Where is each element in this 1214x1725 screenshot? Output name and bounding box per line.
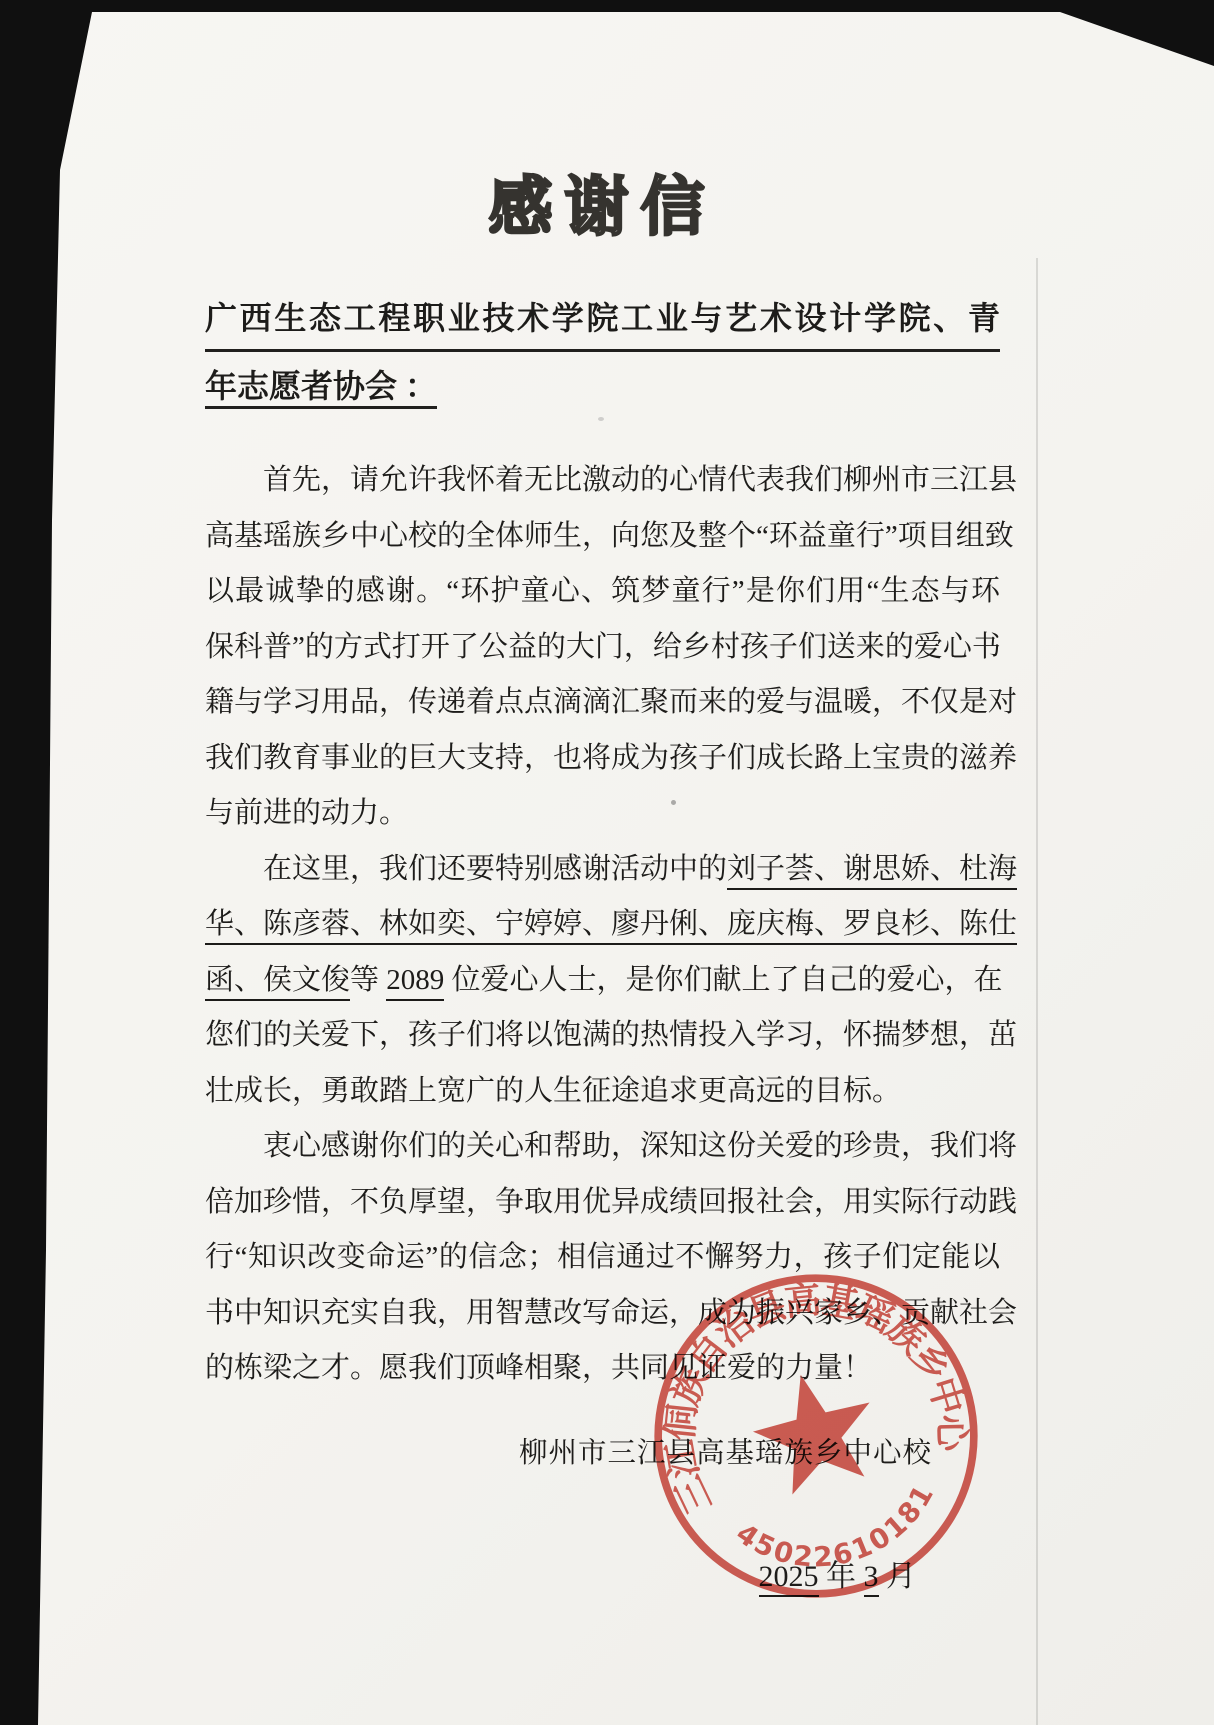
body-line: 衷心感谢你们的关心和帮助，深知这份关爱的珍贵，我们将 (205, 1119, 1000, 1175)
text-segment: 在这里，我们还要特别感谢活动中的 (263, 853, 727, 885)
body-line: 壮成长，勇敢踏上宽广的人生征途追求更高远的目标。 (205, 1064, 1000, 1120)
text-segment: 与前进的动力。 (205, 797, 408, 829)
svg-text:45022610181: 45022610181 (725, 1471, 952, 1596)
body-line: 与前进的动力。 (205, 786, 1000, 842)
text-segment: 衷心感谢你们的关心和帮助，深知这份关爱的珍贵，我们将 (263, 1130, 1017, 1162)
body-line: 函、侯文俊等 2089 位爱心人士，是你们献上了自己的爱心，在 (205, 953, 1000, 1009)
text-segment: 首先，请允许我怀着无比激动的心情代表我们柳州市三江县 (263, 464, 1017, 496)
underlined-text: 函、侯文俊 (205, 964, 350, 1001)
body-line: 华、陈彦蓉、林如奕、宁婷婷、廖丹俐、庞庆梅、罗良杉、陈仕 (205, 897, 1000, 953)
scan-crease-line (1036, 258, 1038, 1725)
recipient-line-1: 广西生态工程职业技术学院工业与艺术设计学院、青 (205, 290, 1000, 352)
recipient-line-2: 年志愿者协会 ： (205, 358, 1000, 415)
body-line: 我们教育事业的巨大支持，也将成为孩子们成长路上宝贵的滋养 (205, 731, 1000, 787)
letter-title: 感谢信 (205, 168, 1000, 248)
text-segment: 以最诚挚的感谢。“环护童心、筑梦童行”是你们用“生态与环 (205, 575, 1000, 607)
body-line: 保科普”的方式打开了公益的大门，给乡村孩子们送来的爱心书 (205, 620, 1000, 676)
text-segment: 保科普”的方式打开了公益的大门，给乡村孩子们送来的爱心书 (205, 631, 1001, 663)
text-segment: 位爱心人士，是你们献上了自己的爱心，在 (444, 964, 1002, 996)
underlined-text: 刘子荟、谢思娇、杜海 (727, 853, 1017, 890)
body-line: 您们的关爱下，孩子们将以饱满的热情投入学习，怀揣梦想，茁 (205, 1008, 1000, 1064)
recipient-block: 广西生态工程职业技术学院工业与艺术设计学院、青 年志愿者协会 ： (205, 290, 1000, 415)
text-segment: 倍加珍惜，不负厚望，争取用优异成绩回报社会，用实际行动践 (205, 1186, 1017, 1218)
body-line: 以最诚挚的感谢。“环护童心、筑梦童行”是你们用“生态与环 (205, 564, 1000, 620)
underlined-text: 华、陈彦蓉、林如奕、宁婷婷、廖丹俐、庞庆梅、罗良杉、陈仕 (205, 908, 1017, 945)
text-segment: 壮成长，勇敢踏上宽广的人生征途追求更高远的目标。 (205, 1075, 901, 1107)
body-line: 高基瑶族乡中心校的全体师生，向您及整个“环益童行”项目组致 (205, 509, 1000, 565)
body-line: 倍加珍惜，不负厚望，争取用优异成绩回报社会，用实际行动践 (205, 1175, 1000, 1231)
body-line: 首先，请允许我怀着无比激动的心情代表我们柳州市三江县 (205, 453, 1000, 509)
body-line: 籍与学习用品，传递着点点滴滴汇聚而来的爱与温暖，不仅是对 (205, 675, 1000, 731)
text-segment: 高基瑶族乡中心校的全体师生，向您及整个“环益童行”项目组致 (205, 520, 1014, 552)
star-icon (742, 1360, 886, 1500)
text-segment: 等 (350, 964, 386, 996)
seal-serial-number: 45022610181 (725, 1471, 952, 1596)
text-segment: 您们的关爱下，孩子们将以饱满的热情投入学习，怀揣梦想，茁 (205, 1019, 1017, 1051)
body-line: 在这里，我们还要特别感谢活动中的刘子荟、谢思娇、杜海 (205, 842, 1000, 898)
text-segment: 我们教育事业的巨大支持，也将成为孩子们成长路上宝贵的滋养 (205, 742, 1017, 774)
text-segment: 籍与学习用品，传递着点点滴滴汇聚而来的爱与温暖，不仅是对 (205, 686, 1017, 718)
underlined-text: 2089 (386, 964, 444, 1001)
